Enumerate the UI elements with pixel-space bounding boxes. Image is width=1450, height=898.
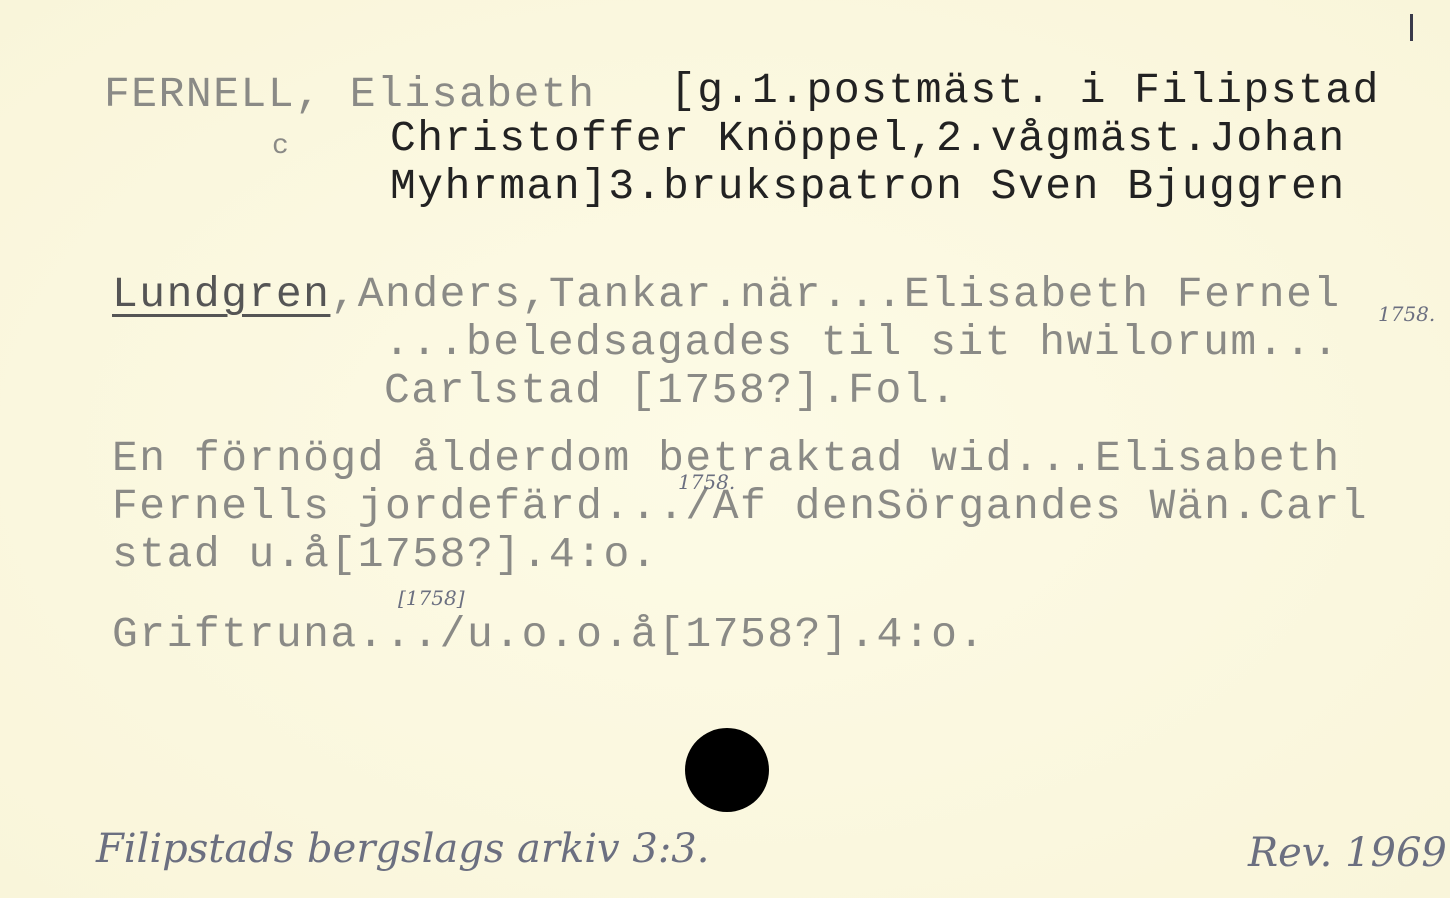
handwritten-archive-note: Filipstads bergslags arkiv 3:3.: [96, 826, 709, 872]
entry-1-line-3: Carlstad [1758?].Fol.: [384, 368, 957, 414]
entry-1-annotation: 1758.: [1378, 302, 1435, 326]
corner-mark: [1410, 14, 1413, 41]
entry-2-line-2: Fernells jordefärd.../Af denSörgandes Wä…: [112, 484, 1368, 530]
entry-3-line-1: Griftruna.../u.o.o.å[1758?].4:o.: [112, 612, 986, 658]
entry-3-annotation: [1758]: [398, 586, 465, 610]
handwritten-revision-note: Rev. 1969: [1248, 830, 1447, 876]
heading-line1-rest: [g.1.postmäst. i Filipstad: [670, 68, 1380, 114]
heading-line3: Myhrman]3.brukspatron Sven Bjuggren: [390, 164, 1346, 210]
entry-1-line-1: Lundgren,Anders,Tankar.när...Elisabeth F…: [112, 272, 1341, 318]
heading-surname: FERNELL, Elisabeth: [104, 72, 596, 118]
punch-hole: [685, 728, 769, 812]
heading-line2: Christoffer Knöppel,2.vågmäst.Johan: [390, 116, 1346, 162]
entry-2-line-3: stad u.å[1758?].4:o.: [112, 532, 658, 578]
heading-line2-prefix: c: [272, 124, 290, 170]
catalog-card: FERNELL, Elisabeth [g.1.postmäst. i Fili…: [0, 0, 1450, 898]
entry-1-author: Lundgren: [112, 270, 330, 319]
entry-1-line-2: ...beledsagades til sit hwilorum...: [384, 320, 1340, 366]
entry-2-annotation: 1758.: [678, 470, 735, 494]
